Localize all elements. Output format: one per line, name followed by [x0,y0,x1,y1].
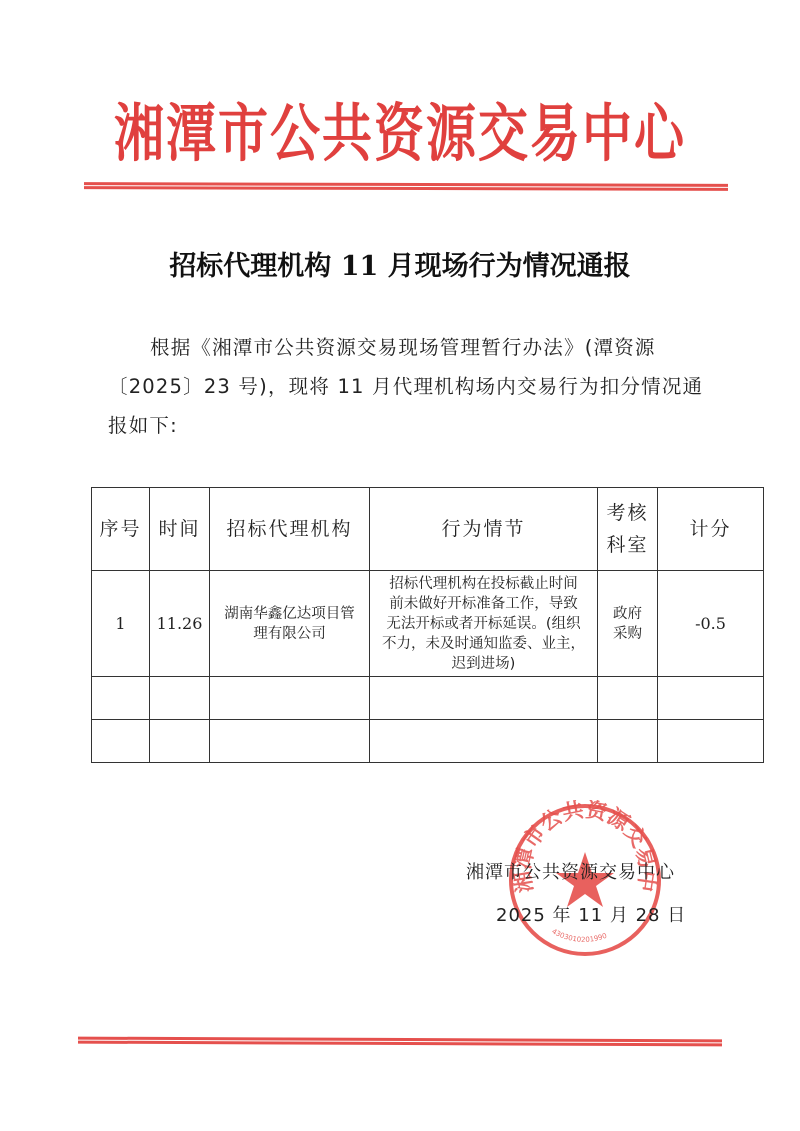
behavior-line: 迟到进场) [376,654,591,674]
paragraph-line: 根据《湘潭市公共资源交易现场管理暂行办法》(潭资源 [108,328,708,367]
table-row-empty [92,677,764,720]
violation-table: 序号 时间 招标代理机构 行为情节 考核 科室 计分 1 11.26 湖南华鑫亿… [91,487,764,763]
header-score: 计分 [658,488,764,571]
paragraph-line: 报如下: [108,406,708,445]
cell-dept: 政府 采购 [598,571,658,677]
cell-behavior: 招标代理机构在投标截止时间 前未做好开标准备工作，导致 无法开标或者开标延误。(… [370,571,598,677]
document-title: 招标代理机构 11 月现场行为情况通报 [0,244,800,283]
header-behavior: 行为情节 [370,488,598,571]
header-time: 时间 [150,488,210,571]
masthead-title: 湘潭市公共资源交易中心 [0,96,800,171]
cell-time: 11.26 [150,571,210,677]
masthead-double-rule [84,182,728,191]
cell-agency: 湖南华鑫亿达项目管 理有限公司 [210,571,370,677]
cell-time [150,677,210,720]
cell-seq [92,677,150,720]
intro-paragraph: 根据《湘潭市公共资源交易现场管理暂行办法》(潭资源 〔2025〕23 号)，现将… [108,328,708,445]
cell-agency [210,720,370,763]
table-row: 1 11.26 湖南华鑫亿达项目管 理有限公司 招标代理机构在投标截止时间 前未… [92,571,764,677]
header-dept-line: 科室 [598,529,657,561]
dept-line: 采购 [598,624,657,644]
table-header-row: 序号 时间 招标代理机构 行为情节 考核 科室 计分 [92,488,764,571]
behavior-line: 招标代理机构在投标截止时间 [376,574,591,594]
signature-date: 2025 年 11 月 28 日 [496,901,686,927]
svg-text:4303010201990: 4303010201990 [550,927,608,944]
seal-code: 4303010201990 [550,927,608,944]
cell-agency [210,677,370,720]
cell-seq: 1 [92,571,150,677]
cell-dept [598,720,658,763]
header-seq: 序号 [92,488,150,571]
cell-score: -0.5 [658,571,764,677]
behavior-line: 前未做好开标准备工作，导致 [376,594,591,614]
cell-behavior [370,720,598,763]
header-dept-line: 考核 [598,497,657,529]
paragraph-line: 〔2025〕23 号)，现将 11 月代理机构场内交易行为扣分情况通 [108,367,708,406]
header-agency: 招标代理机构 [210,488,370,571]
cell-dept [598,677,658,720]
table-row-empty [92,720,764,763]
dept-line: 政府 [598,604,657,624]
agency-line: 理有限公司 [210,624,369,644]
agency-line: 湖南华鑫亿达项目管 [210,604,369,624]
cell-time [150,720,210,763]
behavior-line: 不力，未及时通知监委、业主， [376,634,591,654]
cell-behavior [370,677,598,720]
cell-seq [92,720,150,763]
footer-double-rule [78,1037,722,1047]
cell-score [658,720,764,763]
signature-organization: 湘潭市公共资源交易中心 [466,858,675,884]
cell-score [658,677,764,720]
header-dept: 考核 科室 [598,488,658,571]
behavior-line: 无法开标或者开标延误。(组织 [376,614,591,634]
